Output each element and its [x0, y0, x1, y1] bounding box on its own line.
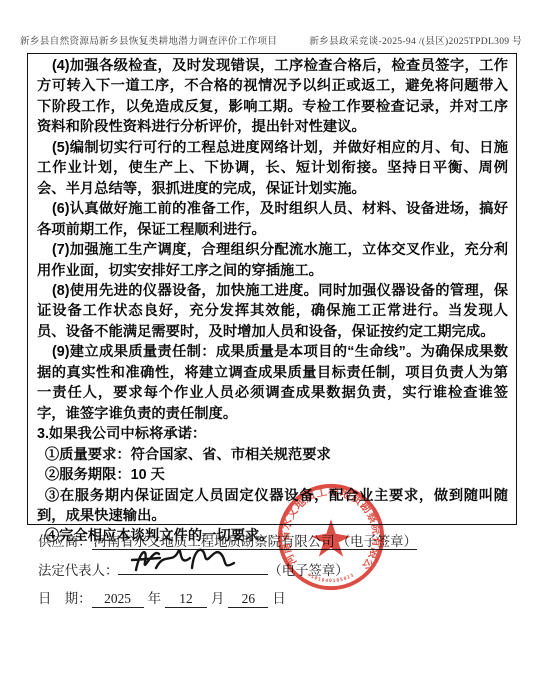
legal-rep-line: 法定代表人：（电子签章）: [38, 560, 526, 579]
header-project-title: 新乡县自然资源局新乡县恢复类耕地潜力调查评价工作项目: [20, 33, 277, 47]
body-paragraph: 3.如果我公司中标将承诺：: [37, 424, 508, 444]
body-paragraph: ③在服务期内保证固定人员固定仪器设备，配合业主要求，做到随叫随到，成果快速输出。: [37, 486, 508, 527]
date-day: 26: [228, 591, 268, 608]
body-paragraph: (5)编制切实行可行的工程总进度网络计划，并做好相应的月、旬、日施工作业计划，使…: [37, 138, 508, 199]
body-paragraph: (8)使用先进的仪器设备，加快施工进度。同时加强仪器设备的管理，保证设备工作状态…: [37, 281, 508, 342]
header-doc-number: 新乡县政采竞谈-2025-94 /(县区)2025TPDL309 号: [309, 33, 522, 47]
body-paragraph: (6)认真做好施工前的准备工作，及时组织人员、材料、设备进场，搞好各项前期工作，…: [37, 199, 508, 240]
supplier-esign-note: （电子签章）: [337, 534, 417, 549]
content-box: (4)加强各级检查，及时发现错误，工序检查合格后，检查员签字，工作方可转入下一道…: [27, 53, 517, 525]
date-line: 日 期：2025年12月26日: [38, 588, 526, 607]
document-page: 新乡县自然资源局新乡县恢复类耕地潜力调查评价工作项目 新乡县政采竞谈-2025-…: [0, 0, 546, 698]
date-year-unit: 年: [144, 591, 165, 606]
date-month-unit: 月: [207, 591, 228, 606]
date-month: 12: [165, 591, 207, 608]
body-paragraph: ①质量要求：符合国家、省、市相关规范要求: [37, 445, 508, 465]
legal-rep-signature-area: [118, 560, 268, 575]
body-paragraphs: (4)加强各级检查，及时发现错误，工序检查合格后，检查员签字，工作方可转入下一道…: [37, 56, 508, 547]
body-paragraph: (4)加强各级检查，及时发现错误，工序检查合格后，检查员签字，工作方可转入下一道…: [37, 56, 508, 138]
supplier-label: 供应商：: [38, 534, 92, 549]
body-paragraph: (7)加强施工生产调度，合理组织分配流水施工，立体交叉作业，充分利用作业面，切实…: [37, 240, 508, 281]
signature-section: 供应商：河南省水文地质工程地质勘察院有限公司（电子签章） 法定代表人：（电子签章…: [38, 531, 526, 617]
body-paragraph: (9)建立成果质量责任制：成果质量是本项目的“生命线”。为确保成果数据的真实性和…: [37, 342, 508, 424]
date-label: 日 期：: [38, 591, 92, 606]
body-paragraph: ②服务期限：10 天: [37, 465, 508, 485]
handwritten-signature: [126, 538, 246, 582]
page-header: 新乡县自然资源局新乡县恢复类耕地潜力调查评价工作项目 新乡县政采竞谈-2025-…: [20, 33, 522, 47]
date-year: 2025: [92, 591, 144, 608]
legal-rep-esign-note: （电子签章）: [268, 563, 348, 578]
legal-rep-label: 法定代表人：: [38, 563, 118, 578]
date-day-unit: 日: [268, 591, 289, 606]
supplier-line: 供应商：河南省水文地质工程地质勘察院有限公司（电子签章）: [38, 531, 526, 550]
